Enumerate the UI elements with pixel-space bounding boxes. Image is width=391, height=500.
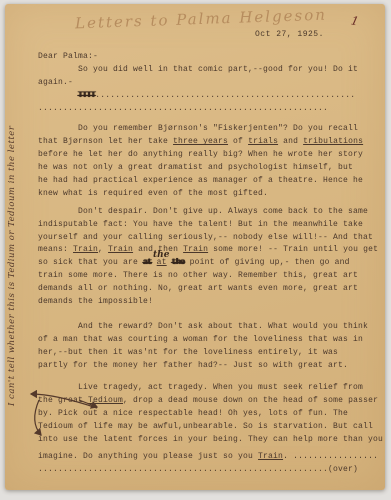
- typed-date: Oct 27, 1925.: [255, 30, 324, 39]
- letter-line: again.-: [38, 77, 368, 90]
- letter-line: he had had practical experience as manag…: [38, 175, 368, 188]
- letter-line: TTTT....................................…: [38, 90, 368, 103]
- letter-line: partly for the money her father had?-- J…: [38, 360, 368, 373]
- letter-line: means: Train, Train and then Train some …: [38, 244, 368, 257]
- letter-line: the great Tedioum, drop a dead mouse dow…: [38, 395, 368, 408]
- letter-line: indisputable fact: You have the talent! …: [38, 219, 368, 232]
- letter-line: that Bjørnson let her take three years o…: [38, 136, 368, 149]
- letter-line: of a man that was courting a woman for t…: [38, 334, 368, 347]
- letter-line: so sick that you are at at the point of …: [38, 257, 368, 270]
- handwritten-insertion-the: the: [153, 250, 169, 260]
- letter-line: yourself and your calling seriously,-- n…: [38, 232, 368, 245]
- letter-line: imagine. Do anything you please just so …: [38, 451, 368, 464]
- letter-body: Dear Palma:- So you did well in that com…: [38, 51, 368, 477]
- letter-line: into use the latent forces in your being…: [38, 434, 368, 447]
- handwritten-title: Letters to Palma Helgeson: [75, 6, 325, 33]
- letter-line: by. Pick out a nice respectable head! Oh…: [38, 408, 368, 421]
- photo-background: { "document": { "handwritten_title": "Le…: [0, 0, 391, 500]
- letter-line: demands the impossible!: [38, 296, 368, 309]
- letter-line: So you did well in that comic part,--goo…: [38, 64, 368, 77]
- letter-line: And the reward? Don't ask about that. Wh…: [38, 321, 368, 334]
- margin-note: I can't tell whether this is Tedium or T…: [7, 106, 17, 406]
- letter-line: train some more. There is no other way. …: [38, 270, 368, 283]
- letter-line: Don't despair. Don't give up. Always com…: [38, 206, 368, 219]
- letter-line: Live tragedy, act tragedy. When you must…: [38, 382, 368, 395]
- letter-line: ........................................…: [38, 103, 368, 116]
- letter-line: Dear Palma:-: [38, 51, 368, 64]
- letter-paper: Letters to Palma Helgeson 1 Oct 27, 1925…: [5, 4, 385, 490]
- letter-line: he was not only a great dramatist and ps…: [38, 162, 368, 175]
- letter-line: demands all or nothing. No, great art wa…: [38, 283, 368, 296]
- page-number: 1: [350, 13, 360, 28]
- letter-line: knew what is required even of the most g…: [38, 188, 368, 201]
- letter-line: before he let her do anything really big…: [38, 149, 368, 162]
- letter-line: Do you remember Bjørnson's "Fiskerjenten…: [38, 123, 368, 136]
- letter-line: ........................................…: [38, 464, 368, 477]
- letter-line: Tedioum of life may be awful,unbearable.…: [38, 421, 368, 434]
- letter-line: her,--but then it was'nt for the lovelin…: [38, 347, 368, 360]
